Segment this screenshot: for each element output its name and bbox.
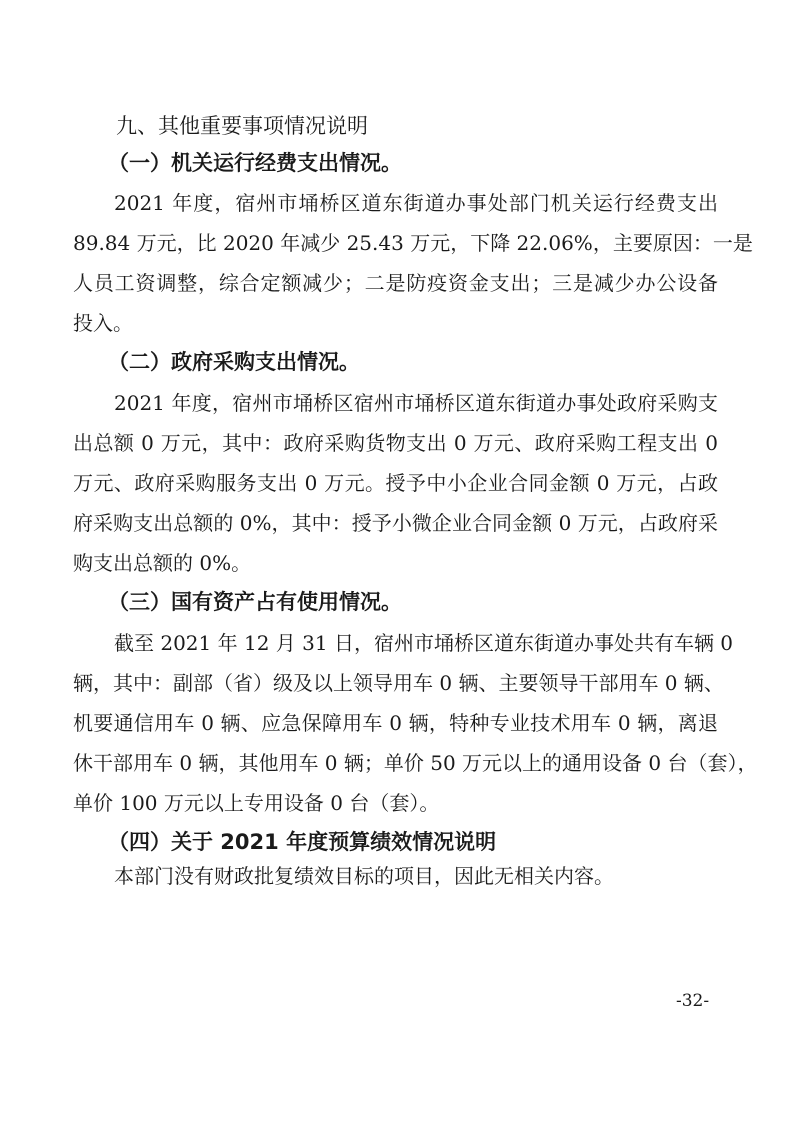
paragraph-line: 机要通信用车 0 辆、应急保障用车 0 辆，特种专业技术用车 0 辆，离退 xyxy=(73,711,718,735)
paragraph-line: 府采购支出总额的 0%，其中：授予小微企业合同金额 0 万元，占政府采 xyxy=(73,511,718,535)
paragraph-line: 截至 2021 年 12 月 31 日，宿州市埇桥区道东街道办事处共有车辆 0 xyxy=(114,631,718,655)
paragraph-line: 2021 年度，宿州市埇桥区道东街道办事处部门机关运行经费支出 xyxy=(114,191,718,215)
paragraph-line: 本部门没有财政批复绩效目标的项目，因此无相关内容。 xyxy=(114,864,718,888)
paragraph-line: 购支出总额的 0%。 xyxy=(73,551,718,575)
paragraph-line: 万元、政府采购服务支出 0 万元。授予中小企业合同金额 0 万元，占政 xyxy=(73,471,718,495)
paragraph-line: 单价 100 万元以上专用设备 0 台（套）。 xyxy=(73,791,718,815)
document-page: 九、其他重要事项情况说明 （一）机关运行经费支出情况。 2021 年度，宿州市埇… xyxy=(0,0,793,1122)
paragraph-line: 人员工资调整，综合定额减少；二是防疫资金支出；三是减少办公设备 xyxy=(73,271,718,295)
section-heading-procurement: （二）政府采购支出情况。 xyxy=(108,349,360,375)
paragraph-line: 休干部用车 0 辆，其他用车 0 辆；单价 50 万元以上的通用设备 0 台（套… xyxy=(73,751,718,775)
section-title: 九、其他重要事项情况说明 xyxy=(116,113,368,139)
paragraph-line: 89.84 万元，比 2020 年减少 25.43 万元，下降 22.06%，主… xyxy=(73,231,718,255)
paragraph-line: 投入。 xyxy=(73,311,718,335)
paragraph-line: 出总额 0 万元，其中：政府采购货物支出 0 万元、政府采购工程支出 0 xyxy=(73,431,718,455)
paragraph-line: 辆，其中：副部（省）级及以上领导用车 0 辆、主要领导干部用车 0 辆、 xyxy=(73,671,718,695)
section-heading-operating-expenses: （一）机关运行经费支出情况。 xyxy=(108,150,402,176)
paragraph-line: 2021 年度，宿州市埇桥区宿州市埇桥区道东街道办事处政府采购支 xyxy=(114,391,718,415)
section-heading-performance: （四）关于 2021 年度预算绩效情况说明 xyxy=(108,829,496,855)
page-number: -32- xyxy=(676,991,709,1011)
section-heading-state-assets: （三）国有资产占有使用情况。 xyxy=(108,589,402,615)
